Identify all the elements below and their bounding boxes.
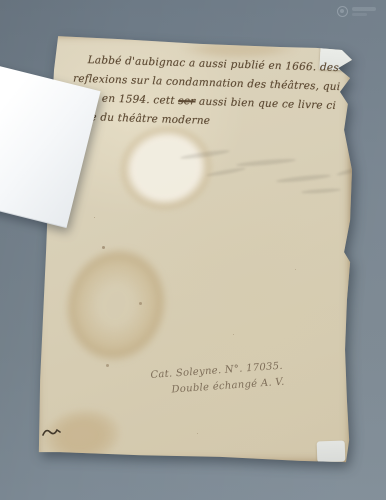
handwriting-line-3-struck-word: ser	[178, 95, 196, 108]
photo-scene: Labbé d'aubignac a aussi publié en 1666.…	[0, 0, 386, 500]
watermark-logo-icon	[337, 6, 348, 17]
watermark-text	[352, 7, 376, 16]
ink-showthrough	[276, 173, 331, 184]
watermark	[337, 6, 376, 17]
watermark-text-line	[352, 13, 367, 16]
handwriting-line-3-post: aussi bien que ce livre ci	[199, 96, 336, 112]
ink-showthrough	[336, 165, 366, 177]
catalog-annotation: Cat. Soleyne. N°. 17035. Double échangé …	[150, 359, 285, 400]
tape-patch-bottom-right	[317, 441, 346, 463]
ink-showthrough	[180, 149, 230, 161]
ink-showthrough	[206, 167, 246, 178]
watermark-text-line	[352, 7, 376, 11]
ink-showthrough	[301, 188, 341, 195]
ink-showthrough	[236, 157, 296, 167]
foxing-spots	[36, 34, 39, 37]
ink-mark	[42, 424, 62, 443]
